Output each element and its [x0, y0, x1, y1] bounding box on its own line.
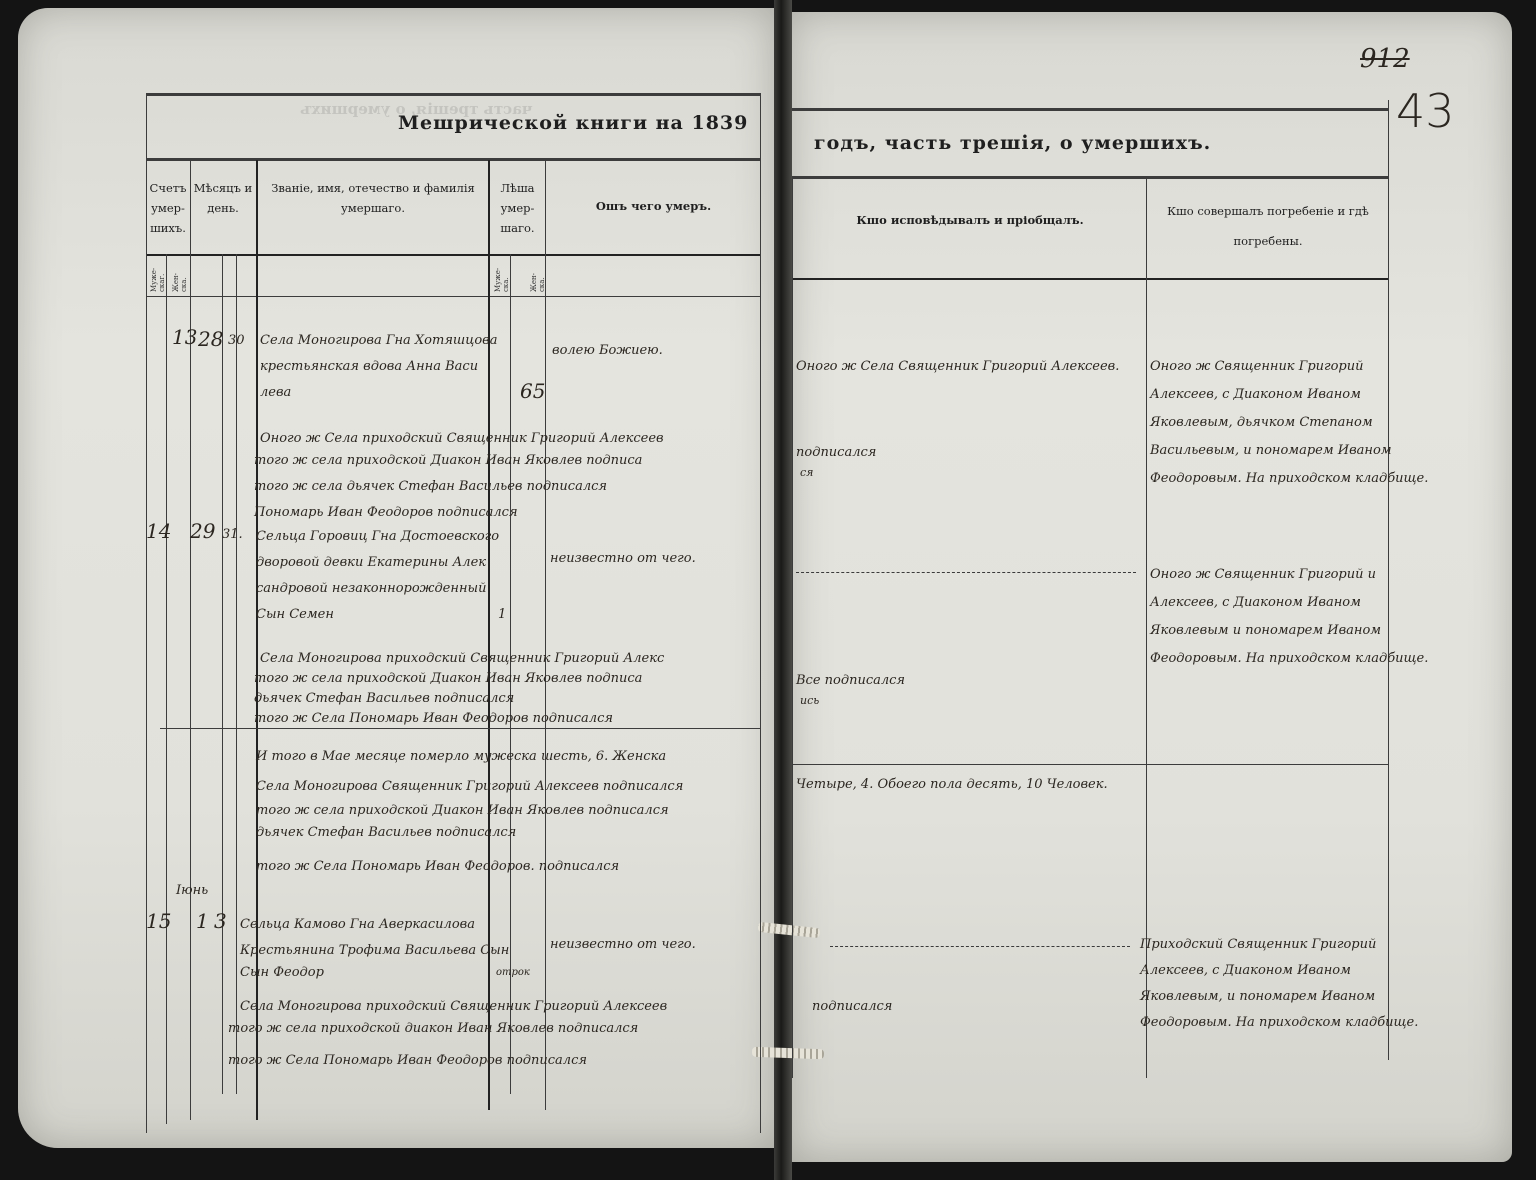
header-age: Лѣша умер-шаго.	[490, 178, 545, 238]
month-total-rule	[792, 764, 1388, 765]
col-line	[236, 254, 237, 1094]
entry-15-name: Крестьянина Трофима Васильева Сын	[240, 940, 509, 962]
entry-14-name: сандровой незаконнорожденный	[256, 578, 486, 600]
entry-14-death-day: 29	[190, 520, 215, 542]
header-count-male: Муже-скаг.	[150, 262, 166, 292]
entry-13-burial: Васильевым, и пономарем Иваном	[1150, 440, 1392, 462]
monthly-total: того ж Села Пономарь Иван Феодоров. подп…	[256, 856, 619, 878]
entry-15-witness: того ж Села Пономарь Иван Феодоров подпи…	[228, 1050, 587, 1072]
entry-14-burial: Алексеев, с Диаконом Иваном	[1150, 592, 1361, 614]
col-line	[222, 254, 223, 1094]
entry-15-burial: Феодоровым. На приходском кладбище.	[1140, 1012, 1418, 1034]
subheader-rule	[146, 296, 760, 297]
col-line	[760, 93, 761, 1133]
entry-13-name: крестьянская вдова Анна Васи	[260, 356, 478, 378]
entry-15-burial: Приходский Священник Григорий	[1140, 934, 1376, 956]
entry-14-witness: того ж Села Пономарь Иван Феодоров подпи…	[254, 708, 613, 730]
header-count: Счетъ умер-шихъ.	[146, 178, 190, 238]
entry-15-burial: Алексеев, с Диаконом Иваном	[1140, 960, 1351, 982]
entry-15-month: Іюнь	[176, 880, 208, 902]
entry-15-name: Сын Феодор	[240, 962, 324, 984]
entry-13-number: 13	[172, 326, 197, 348]
header-age-female: Жен-ска.	[530, 262, 546, 292]
entry-13-witness: того ж села дьячек Стефан Васильев подпи…	[254, 476, 607, 498]
entry-14-confessor-dash	[796, 572, 1136, 573]
entry-15-confessor-dash	[830, 946, 1130, 947]
entry-14-witness-note: ись	[800, 690, 819, 712]
col-line	[146, 93, 147, 1133]
entry-14-burial: Феодоровым. На приходском кладбище.	[1150, 648, 1428, 670]
left-title: Мешрической книги на 1839	[398, 112, 748, 134]
header-month-day: Мѣсяцъ и день.	[190, 178, 256, 218]
entry-13-age: 65	[520, 380, 545, 402]
col-line	[190, 160, 191, 1120]
old-folio-number: 912	[1360, 44, 1410, 74]
header-name: Званіе, имя, отечество и фамилія умершаг…	[258, 178, 488, 218]
entry-14-witness-note: Все подписался	[796, 670, 905, 692]
entry-15-death-day: 1	[196, 910, 209, 932]
entry-13-burial: Феодоровым. На приходском кладбище.	[1150, 468, 1428, 490]
top-rule	[146, 93, 760, 96]
entry-13-witness-note: ся	[800, 462, 813, 484]
col-line	[488, 160, 490, 1110]
entry-14-name: дворовой девки Екатерины Алек	[256, 552, 486, 574]
entry-14-witness: дьячек Стефан Васильев подписался	[254, 688, 514, 710]
entry-15-witness-note: подписался	[812, 996, 892, 1018]
header-rule	[792, 278, 1388, 280]
entry-13-burial-day: 30	[228, 330, 245, 352]
entry-15-burial: Яковлевым, и пономарем Иваном	[1140, 986, 1375, 1008]
monthly-total: Села Моногирова Священник Григорий Алекс…	[256, 776, 683, 798]
entry-15-age: отрок	[496, 962, 530, 984]
entry-14-age: 1	[498, 604, 506, 626]
entry-13-name: лева	[260, 382, 291, 404]
entry-13-confessor: Оного ж Села Священник Григорий Алексеев…	[796, 356, 1119, 378]
entry-13-cause: волею Божиею.	[552, 340, 663, 362]
book-spine	[774, 0, 792, 1180]
entry-14-burial: Яковлевым и пономарем Иваном	[1150, 620, 1381, 642]
entry-14-witness: Села Моногирова приходский Священник Гри…	[260, 648, 664, 670]
title-rule	[792, 176, 1388, 179]
header-rule	[146, 254, 760, 256]
header-confessor: Кшо исповѣдывалъ и пріобщалъ.	[800, 210, 1140, 230]
entry-15-witness: того ж села приходской диакон Иван Яковл…	[228, 1018, 638, 1040]
entry-14-burial: Оного ж Священник Григорий и	[1150, 564, 1376, 586]
entry-14-name: Сын Семен	[256, 604, 334, 626]
entry-13-witness: Оного ж Села приходский Священник Григор…	[260, 428, 664, 450]
entry-13-burial: Яковлевым, дьячком Степаном	[1150, 412, 1373, 434]
col-line	[545, 160, 546, 1110]
title-rule	[146, 158, 760, 161]
monthly-total-right: Четыре, 4. Обоего пола десять, 10 Челове…	[796, 774, 1108, 796]
entry-13-witness: Пономарь Иван Феодоров подписался	[254, 502, 518, 524]
entry-14-burial-day: 31.	[222, 524, 243, 546]
entry-14-number: 14	[146, 520, 171, 542]
entry-15-number: 15	[146, 910, 171, 932]
entry-15-burial-day: 3	[214, 910, 227, 932]
entry-13-name: Села Моногирова Гна Хотяшцова	[260, 330, 497, 352]
open-register-book: часть трешія, о умершихъ Мешрической кни…	[0, 0, 1536, 1180]
right-title: годъ, часть трешія, о умершихъ.	[814, 132, 1211, 154]
entry-15-cause: неизвестно от чего.	[550, 934, 696, 956]
entry-13-death-day: 28	[198, 328, 223, 350]
entry-13-witness: того ж села приходской Диакон Иван Яковл…	[254, 450, 642, 472]
col-line	[166, 254, 167, 1124]
entry-13-burial: Алексеев, с Диаконом Иваном	[1150, 384, 1361, 406]
entry-15-name: Сельца Камово Гна Аверкасилова	[240, 914, 475, 936]
col-line	[1388, 100, 1389, 1060]
entry-13-burial: Оного ж Священник Григорий	[1150, 356, 1363, 378]
header-burial: Кшо совершалъ погребеніе и гдѣ погребены…	[1150, 196, 1386, 256]
col-line	[792, 178, 793, 1078]
entry-14-name: Сельца Горовиц Гна Достоевского	[256, 526, 499, 548]
monthly-total: того ж села приходской Диакон Иван Яковл…	[256, 800, 669, 822]
header-cause: Ошъ чего умеръ.	[547, 196, 760, 216]
entry-13-witness-note: подписался	[796, 442, 876, 464]
monthly-total: И того в Мае месяце померло мужеска шест…	[256, 746, 666, 768]
header-count-female: Жен-ска.	[172, 262, 188, 292]
header-age-male: Муже-ска.	[494, 262, 510, 292]
folio-number: 43	[1396, 84, 1455, 138]
entry-14-witness: того ж села приходской Диакон Иван Яковл…	[254, 668, 642, 690]
entry-14-cause: неизвестно от чего.	[550, 548, 696, 570]
monthly-total: дьячек Стефан Васильев подписался	[256, 822, 516, 844]
entry-15-witness: Села Моногирова приходский Священник Гри…	[240, 996, 667, 1018]
top-rule	[792, 108, 1388, 111]
